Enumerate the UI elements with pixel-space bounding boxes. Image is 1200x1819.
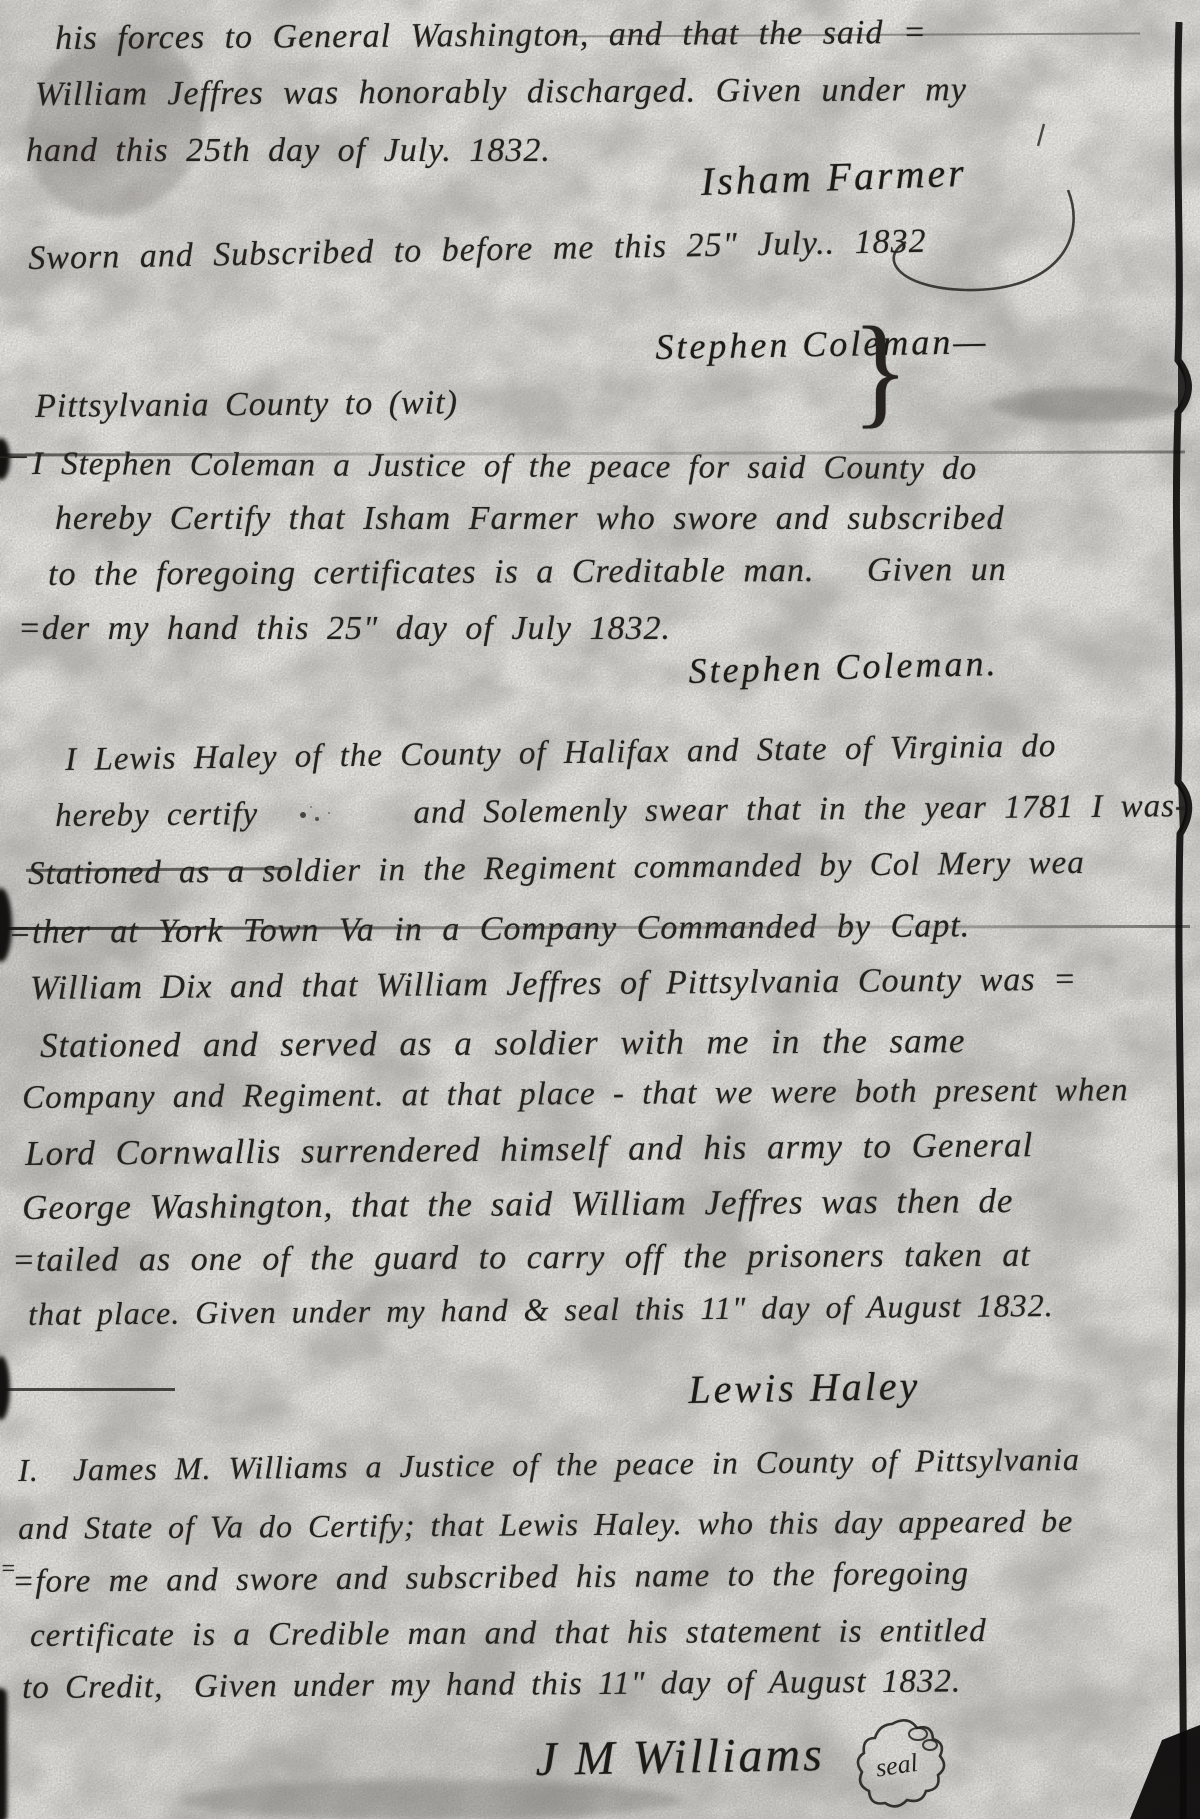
- manuscript-line: I Stephen Coleman a Justice of the peace…: [32, 446, 977, 488]
- manuscript-line: I Lewis Haley of the County of Halifax a…: [65, 728, 1057, 779]
- paper-smudge: [180, 1780, 680, 1819]
- manuscript-line: certificate is a Credible man and that h…: [30, 1613, 987, 1655]
- manuscript-line: Stationed as a soldier in the Regiment c…: [28, 845, 1085, 893]
- edge-blob: [0, 1356, 10, 1420]
- edge-blob: [0, 1688, 7, 1819]
- manuscript-line: Stationed and served as a soldier with m…: [40, 1021, 966, 1066]
- manuscript-line: Pittsylvania County to (wit): [35, 384, 458, 426]
- manuscript-line: Lord Cornwallis surrendered himself and …: [25, 1125, 1033, 1174]
- manuscript-line: to the foregoing certificates is a Credi…: [48, 551, 1007, 594]
- seal-label: seal: [874, 1748, 920, 1783]
- manuscript-line: hereby certify and Solemenly swear that …: [55, 788, 1187, 835]
- manuscript-line: =fore me and swore and subscribed his na…: [12, 1556, 969, 1601]
- fold-crease: [0, 1388, 175, 1391]
- manuscript-line: hand this 25th day of July. 1832.: [26, 132, 551, 170]
- notary-seal: seal: [840, 1712, 960, 1819]
- manuscript-line: and State of Va do Certify; that Lewis H…: [18, 1503, 1073, 1547]
- manuscript-line: that place. Given under my hand & seal t…: [28, 1287, 1054, 1333]
- manuscript-line: I. James M. Williams a Justice of the pe…: [18, 1441, 1080, 1489]
- manuscript-line: =tailed as one of the guard to carry off…: [12, 1237, 1031, 1280]
- manuscript-page: — = his forces to General Washington, an…: [0, 0, 1200, 1819]
- margin-dash: —: [0, 438, 27, 472]
- manuscript-line: William Dix and that William Jeffres of …: [30, 961, 1077, 1008]
- signature-jm-williams: J M Williams: [535, 1727, 825, 1787]
- signature-stephen-coleman-2: Stephen Coleman.: [688, 642, 999, 692]
- paper-smudge: [990, 388, 1190, 422]
- manuscript-line: =ther at York Town Va in a Company Comma…: [8, 907, 970, 952]
- manuscript-line: Sworn and Subscribed to before me this 2…: [28, 223, 927, 278]
- signature-stephen-coleman: Stephen Coleman—: [655, 320, 989, 368]
- manuscript-line: =der my hand this 25" day of July 1832.: [18, 610, 671, 648]
- county-brace: }: [852, 315, 909, 426]
- manuscript-line: William Jeffres was honorably discharged…: [35, 71, 967, 114]
- manuscript-line: his forces to General Washington, and th…: [55, 14, 927, 58]
- manuscript-line: to Credit, Given under my hand this 11" …: [22, 1663, 961, 1707]
- signature-lewis-haley: Lewis Haley: [688, 1362, 921, 1413]
- manuscript-line: George Washington, that the said William…: [22, 1181, 1014, 1228]
- manuscript-line: hereby Certify that Isham Farmer who swo…: [55, 500, 1005, 538]
- signature-isham-farmer: Isham Farmer: [700, 149, 967, 205]
- manuscript-line: Company and Regiment. at that place - th…: [22, 1072, 1129, 1117]
